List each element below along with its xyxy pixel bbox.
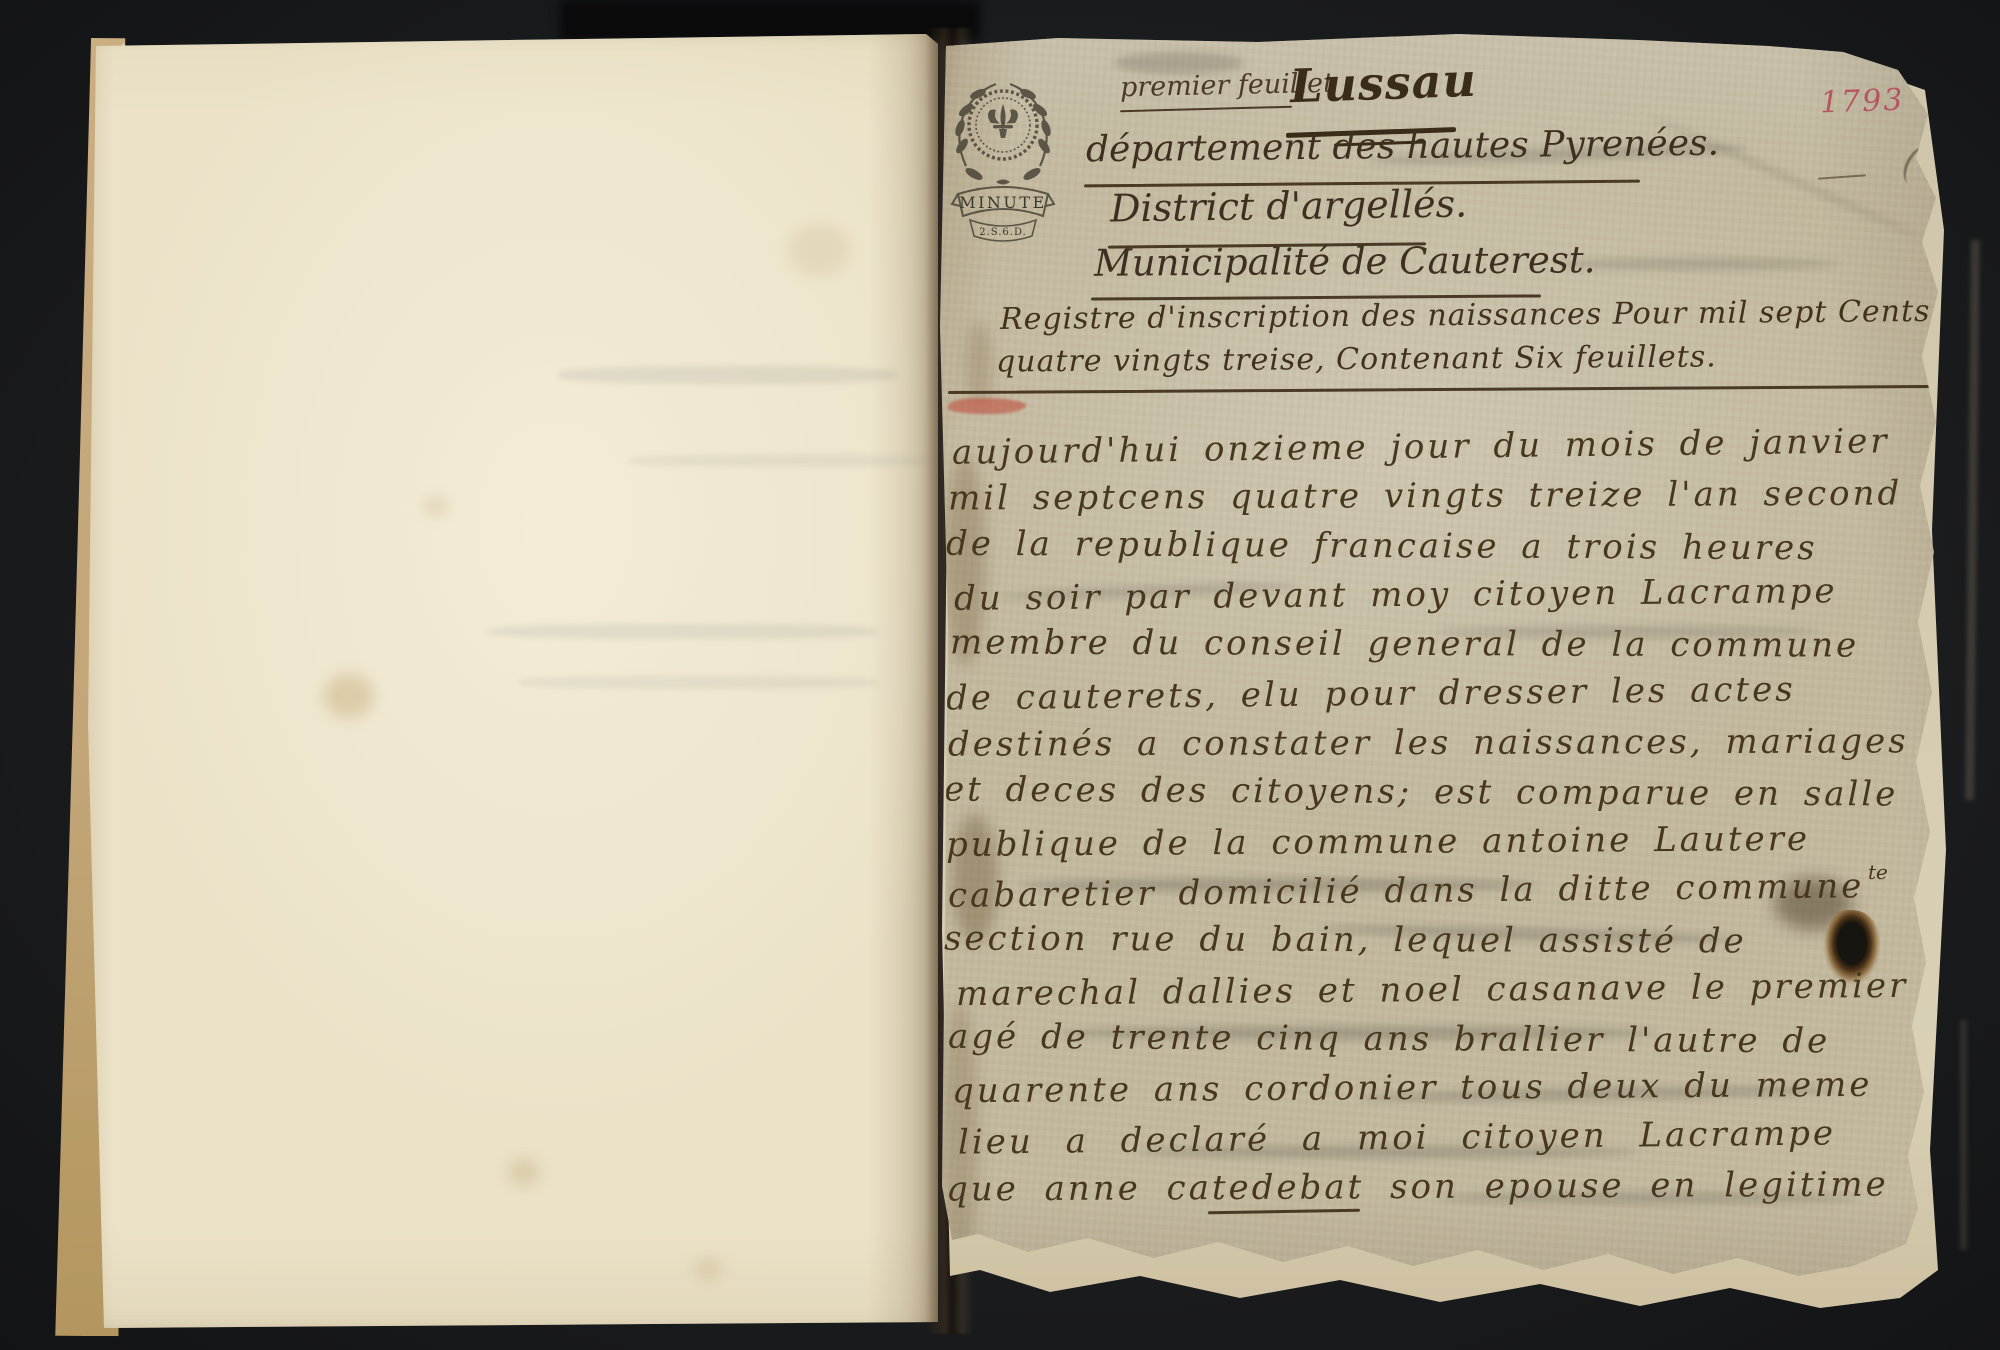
manuscript-line: membre du conseil general de la commune <box>950 622 1859 665</box>
superscript-note: te <box>1868 860 1888 884</box>
left-page-blank <box>88 34 938 1328</box>
stain <box>424 496 448 516</box>
top-board-shadow <box>560 0 980 40</box>
ghost-text-setoff <box>518 676 878 689</box>
manuscript-line: de la republique francaise a trois heure… <box>946 524 1818 569</box>
manuscript-line: publique de la commune antoine Lautere <box>946 819 1810 865</box>
manuscript-line: destinés a constater les naissances, mar… <box>948 721 1909 764</box>
register-title-line-2: quatre vingts treise, Contenant Six feui… <box>996 339 1717 379</box>
manuscript-line: mil septcens quatre vingts treize l'an s… <box>948 474 1902 519</box>
page-edge-sliver <box>1960 1020 1967 1250</box>
stain <box>508 1158 540 1186</box>
page-edge-sliver <box>1965 240 1980 800</box>
right-page-manuscript: MINUTE 2.S.6.D. premier feuillet Lussau … <box>938 26 1958 1326</box>
manuscript-line: du soir par devant moy citoyen Lacrampe <box>954 571 1838 619</box>
header-departement: département des hautes Pyrenées. <box>1086 123 1719 171</box>
manuscript-line: quarente ans cordonier tous deux du meme <box>952 1065 1873 1111</box>
marginal-signature: Lussau <box>1289 53 1478 113</box>
stain <box>324 674 374 718</box>
bleedthrough-smudge <box>1558 258 1838 270</box>
ghost-text-setoff <box>488 624 878 639</box>
fleur-de-lis-icon <box>988 104 1018 138</box>
official-stamp: MINUTE 2.S.6.D. <box>944 70 1062 252</box>
stain <box>694 1258 722 1280</box>
manuscript-line: et deces des citoyens; est comparue en s… <box>944 770 1899 815</box>
gutter-stain <box>966 322 992 408</box>
ghost-text-setoff <box>628 454 928 467</box>
manuscript-line: section rue du bain, lequel assisté de <box>944 919 1747 962</box>
ghost-text-setoff <box>558 366 898 384</box>
header-district: District d'argellés. <box>1110 182 1468 231</box>
red-year-annotation: 1793 <box>1819 83 1905 121</box>
red-ink-smudge <box>948 398 1026 414</box>
stain <box>788 224 850 276</box>
stamp-banner-text: MINUTE <box>959 193 1047 212</box>
manuscript-book-scan: MINUTE 2.S.6.D. premier feuillet Lussau … <box>0 0 2000 1350</box>
manuscript-line: agé de trente cinq ans brallier l'autre … <box>948 1017 1830 1062</box>
manuscript-line: marechal dallies et noel casanave le pre… <box>956 966 1909 1014</box>
header-municipalite: Municipalité de Cauterest. <box>1094 238 1596 284</box>
manuscript-line: que anne catedebat son epouse en legitim… <box>946 1165 1889 1210</box>
stamp-sub-text: 2.S.6.D. <box>979 227 1027 238</box>
